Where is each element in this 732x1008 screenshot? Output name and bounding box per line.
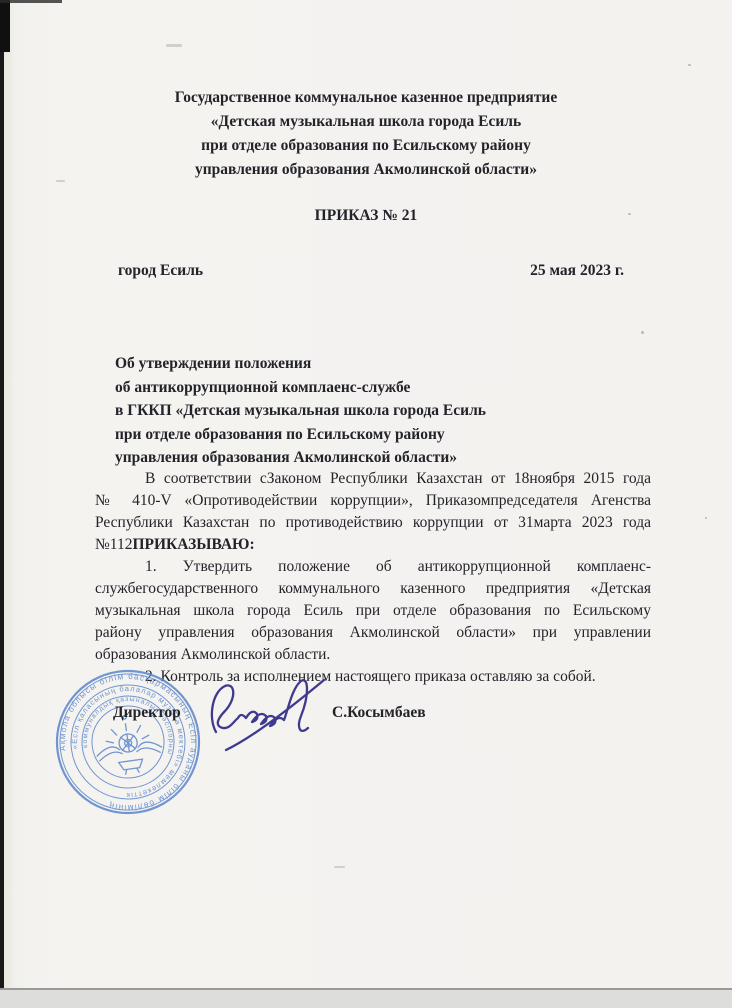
scan-top-edge	[0, 0, 62, 3]
scan-smudge	[334, 866, 345, 868]
scan-smudge	[166, 44, 182, 47]
org-header-line: управления образования Акмолинской облас…	[0, 158, 732, 182]
body-line: району управления образования Акмолинско…	[95, 622, 651, 644]
scan-speck	[641, 331, 644, 334]
signature-role: Директор	[113, 704, 181, 722]
scan-bottom-edge	[0, 990, 732, 1008]
body-line: №112ПРИКАЗЫВАЮ:	[95, 534, 651, 556]
body-line: службегосударственного коммунального каз…	[95, 578, 651, 600]
subject-line: в ГККП «Детская музыкальная школа города…	[115, 399, 595, 423]
body-line: № 410-V «Опротиводействии коррупции», Пр…	[95, 490, 651, 512]
order-date: 25 мая 2023 г.	[530, 262, 624, 280]
body-line: Республики Казахстан по противодействию …	[95, 512, 651, 534]
subject-line: об антикоррупционной комплаенс-службе	[115, 376, 595, 400]
body-line: В соответствии сЗаконом Республики Казах…	[95, 468, 651, 490]
order-place: город Есиль	[118, 262, 203, 280]
org-header: Государственное коммунальное казенное пр…	[0, 86, 732, 182]
signature-name: С.Косымбаев	[332, 704, 426, 722]
subject-line: Об утверждении положения	[115, 352, 595, 376]
prikazyvayu-keyword: ПРИКАЗЫВАЮ:	[132, 536, 254, 553]
scanned-document-page: Государственное коммунальное казенное пр…	[0, 0, 732, 1008]
order-title: ПРИКАЗ № 21	[0, 207, 732, 225]
body-line: 1. Утвердить положение об антикоррупцион…	[95, 556, 651, 578]
subject-line: при отделе образования по Есильскому рай…	[115, 423, 595, 447]
scan-speck	[705, 517, 707, 519]
org-header-line: «Детская музыкальная школа города Есиль	[0, 110, 732, 134]
org-header-line: при отделе образования по Есильскому рай…	[0, 134, 732, 158]
order-subject: Об утверждении положения об антикоррупци…	[115, 352, 595, 470]
body-line: музыкальная школа города Есиль при отдел…	[95, 600, 651, 622]
order-number-ref: №112	[95, 536, 132, 553]
org-header-line: Государственное коммунальное казенное пр…	[0, 86, 732, 110]
scan-top-left-corner	[0, 0, 10, 52]
place-date-row: город Есиль 25 мая 2023 г.	[0, 262, 732, 280]
scan-speck	[688, 64, 691, 66]
subject-line: управления образования Акмолинской облас…	[115, 446, 595, 470]
handwritten-signature	[196, 666, 336, 758]
